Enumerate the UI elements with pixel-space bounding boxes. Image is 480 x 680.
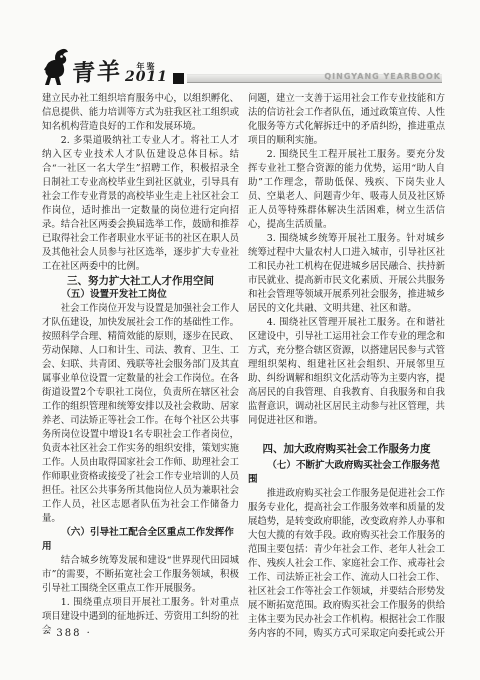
paragraph: 3. 围绕城乡统筹开展社工服务。针对城乡统筹过程中大量农村人口进入城市，引导社区… [248, 232, 445, 316]
black-square-marker [173, 73, 184, 84]
paragraph: 社会工作岗位开发与设置是加强社会工作人才队伍建设，加快发展社会工作的基础性工作。… [42, 302, 239, 526]
yearbook-logo: 青羊 年鉴 2011 [42, 48, 168, 86]
left-column: 建立民办社工组织培育服务中心，以组织孵化、信息提供、能力培训等方式为驻我区社工组… [42, 92, 239, 641]
paragraph: 结合城乡统筹发展和建设“世界现代田园城市”的需要，不断拓宽社会工作服务领域，积极… [42, 554, 239, 596]
paragraph: 建立民办社工组织培育服务中心，以组织孵化、信息提供、能力培训等方式为驻我区社工组… [42, 92, 239, 134]
page-body: 建立民办社工组织培育服务中心，以组织孵化、信息提供、能力培训等方式为驻我区社工组… [42, 92, 445, 641]
logo-year-stack: 年鉴 2011 [125, 62, 168, 86]
paragraph: 4. 围绕社区管理开展社工服务。在和谐社区建设中，引导社工运用社会工作专业的理念… [248, 316, 445, 428]
yearbook-page: 青羊 年鉴 2011 QINGYANG YEARBOOK 建立民办社工组织培育服… [0, 0, 480, 680]
right-column: 问题，建立一支善于运用社会工作专业技能和方法的信访社会工作者队伍，通过政策宣传、… [248, 92, 445, 641]
paragraph: 问题，建立一支善于运用社会工作专业技能和方法的信访社会工作者队伍，通过政策宣传、… [248, 92, 445, 148]
goat-mascot-icon [42, 48, 70, 86]
subsection-heading: （五）设置开发社工岗位 [42, 288, 239, 302]
paragraph: 2. 多渠道吸纳社工专业人才。将社工人才纳入区专业技术人才队伍建设总体目标。结合… [42, 134, 239, 274]
logo-year: 2011 [125, 70, 168, 84]
paragraph: 推进政府购买社会工作服务是促进社会工作服务专业化，提高社会工作服务效率和质量的发… [248, 487, 445, 641]
paragraph: 2. 围绕民生工程开展社工服务。要充分发挥专业社工整合资源的能力优势，运用“助人… [248, 148, 445, 232]
subsection-heading: （七）不断扩大政府购买社会工作服务范围 [248, 459, 445, 487]
logo-title: 青羊 [71, 60, 122, 88]
page-number: · 388 · [46, 628, 92, 639]
header-rule: QINGYANG YEARBOOK [173, 72, 442, 86]
section-heading: 四、加大政府购买社会工作服务力度 [248, 442, 445, 456]
page-header: 青羊 年鉴 2011 QINGYANG YEARBOOK [42, 44, 442, 86]
subsection-heading: （六）引导社工配合全区重点工作发挥作用 [42, 526, 239, 554]
header-right-text: QINGYANG YEARBOOK [324, 72, 441, 81]
section-heading: 三、努力扩大社工人才作用空间 [42, 274, 239, 288]
